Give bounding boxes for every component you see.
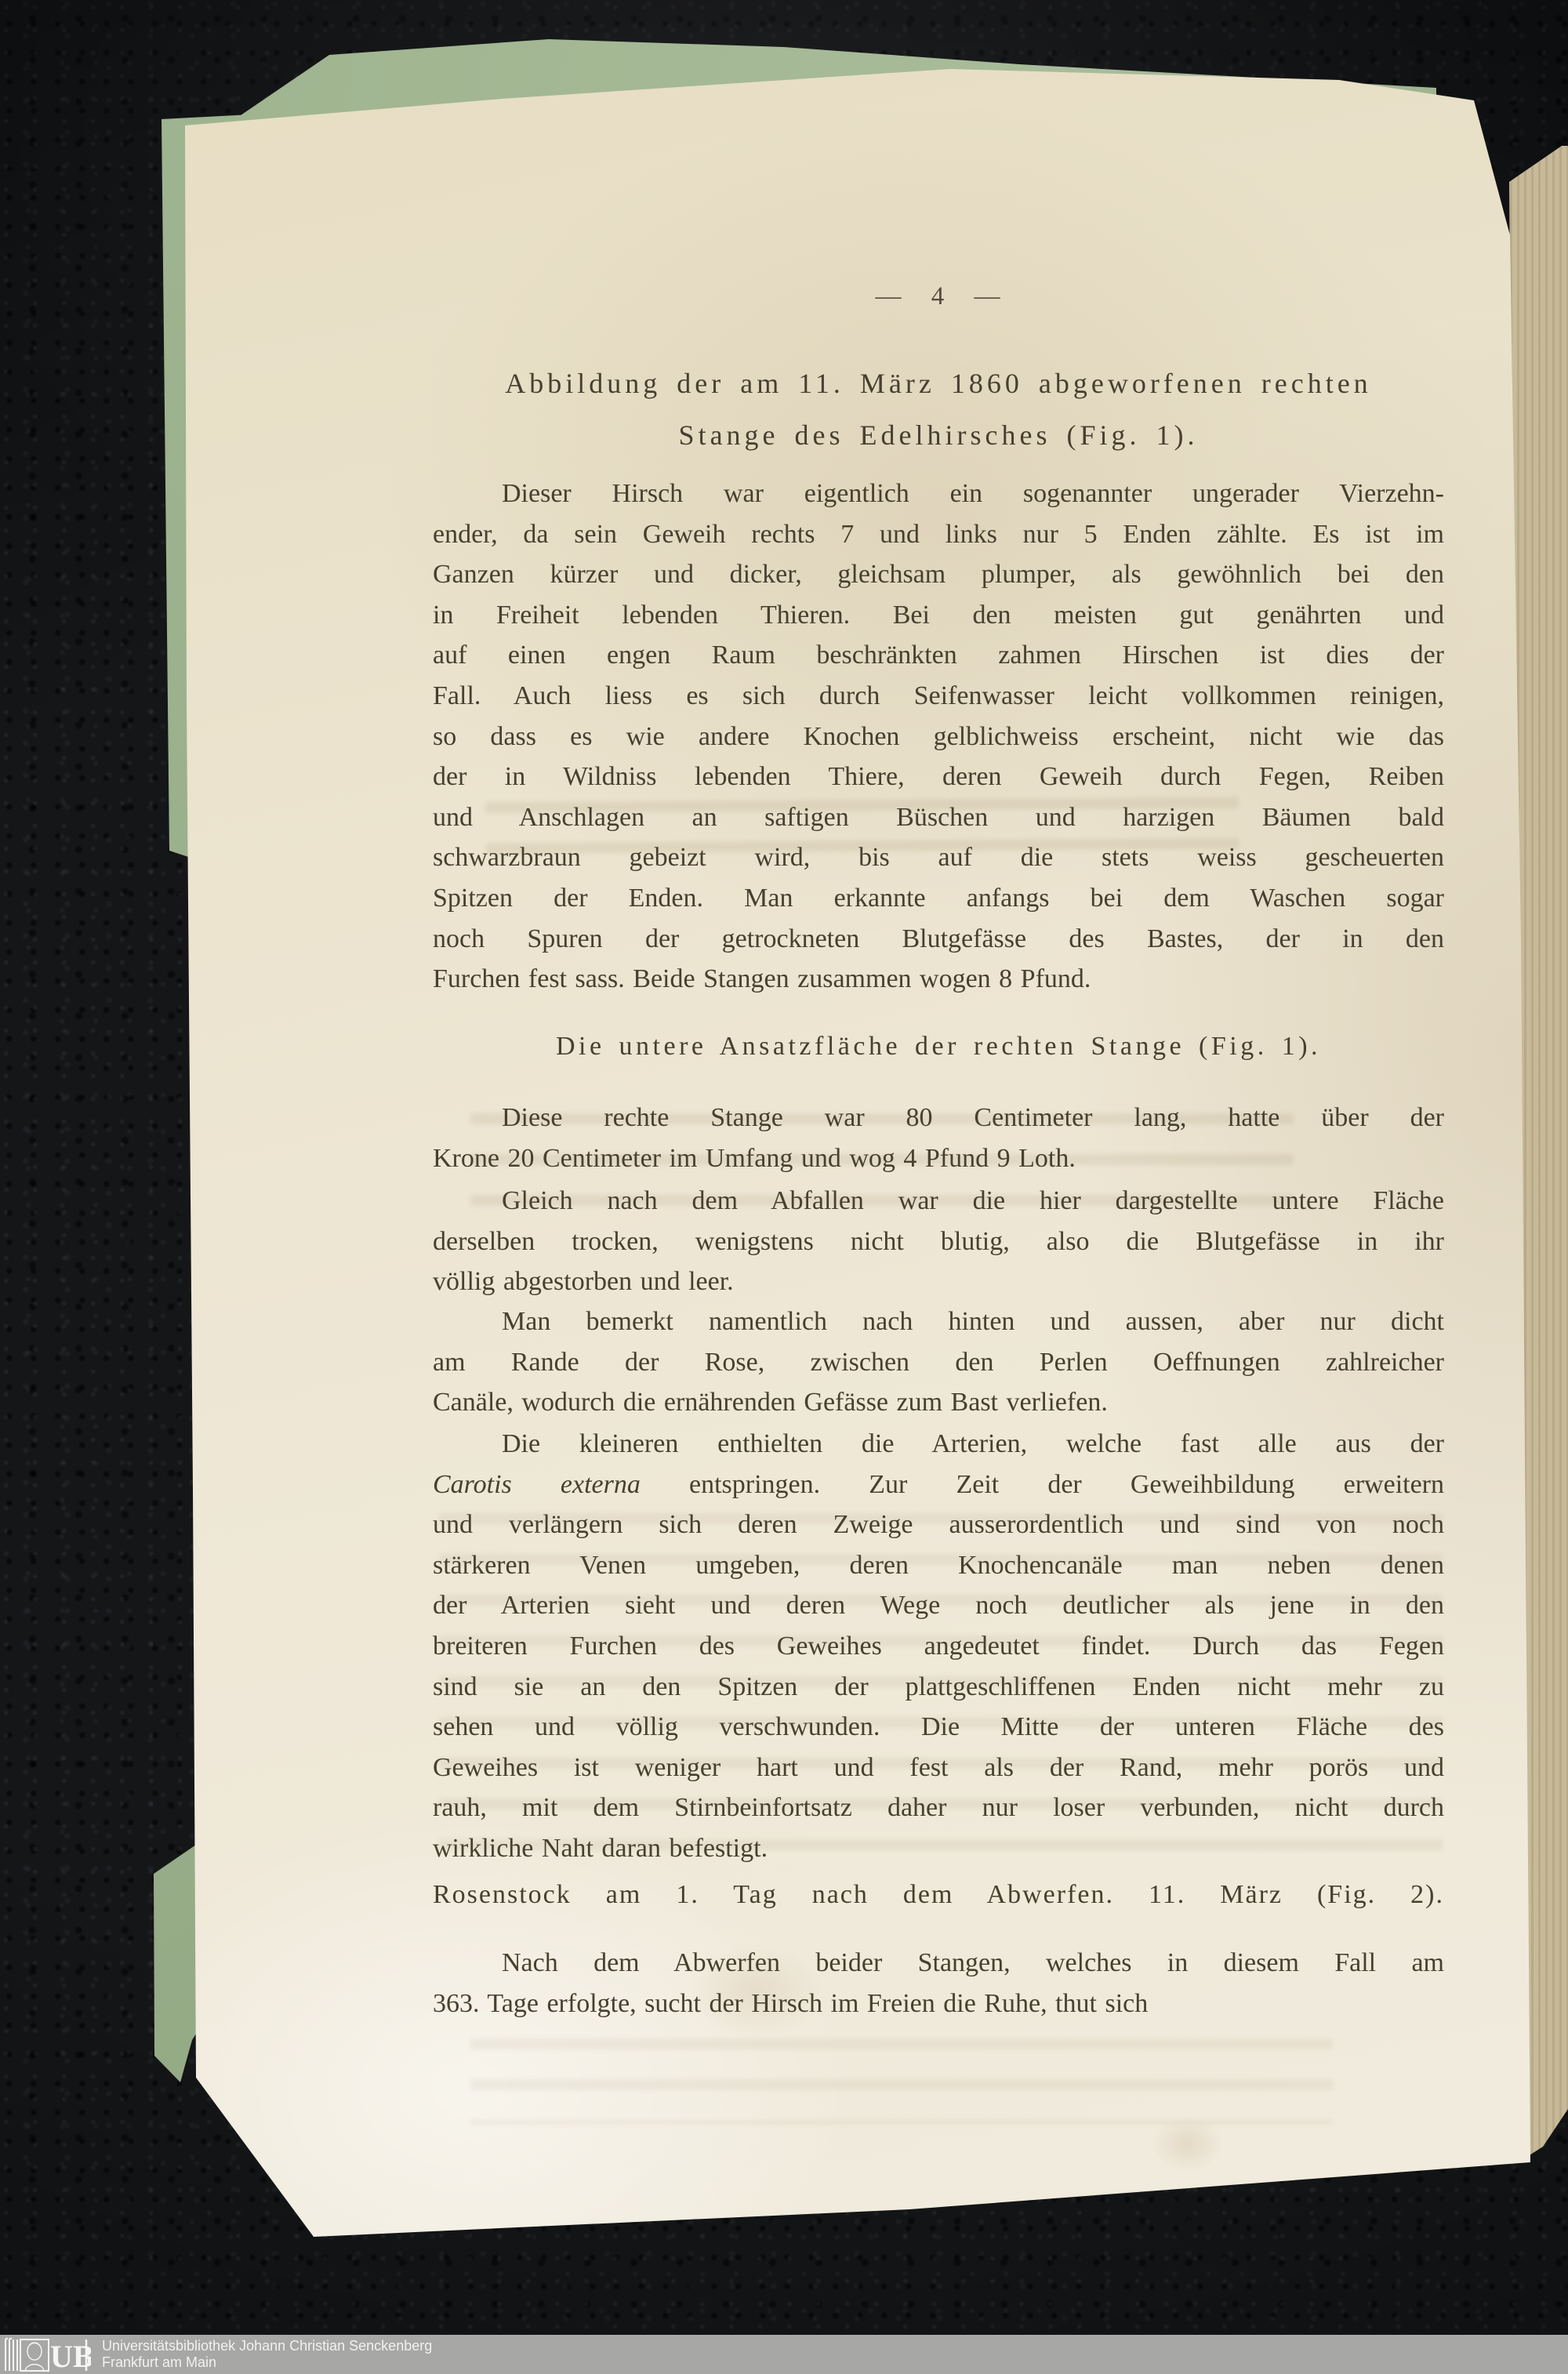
library-logo-abbr: UB: [50, 2339, 91, 2372]
text-line: 363. Tage erfolgte, sucht der Hirsch im …: [433, 1984, 1444, 2024]
library-logo-icon: UB: [3, 2336, 91, 2372]
text-line: Ganzen kürzer und dicker, gleichsam plum…: [433, 554, 1444, 595]
library-footer-bar: UB Universitätsbibliothek Johann Christi…: [0, 2335, 1568, 2374]
text-line: in Freiheit lebenden Thieren. Bei den me…: [433, 595, 1444, 636]
paragraph-1: Dieser Hirsch war eigentlich ein sogenan…: [433, 474, 1444, 1000]
text-line: derselben trocken, wenigstens nicht blut…: [433, 1221, 1444, 1262]
text-line: Geweihes ist weniger hart und fest als d…: [433, 1748, 1444, 1788]
heading-line: Abbildung der am 11. März 1860 abgeworfe…: [433, 358, 1444, 409]
book-scan-photo: { "scan": { "page_number": "4", "page_nu…: [0, 0, 1568, 2374]
text-line: völlig abgestorben und leer.: [433, 1261, 1444, 1302]
text-line: sehen und völlig verschwunden. Die Mitte…: [433, 1707, 1444, 1748]
paragraph-2: Diese rechte Stange war 80 Centimeter la…: [433, 1098, 1444, 1178]
text-line: Carotis externa entspringen. Zur Zeit de…: [433, 1465, 1444, 1505]
library-location: Frankfurt am Main: [102, 2354, 432, 2371]
text-line: Spitzen der Enden. Man erkannte anfangs …: [433, 878, 1444, 919]
text-line: so dass es wie andere Knochen gelblichwe…: [433, 717, 1444, 757]
text-line: und Anschlagen an saftigen Büschen und h…: [433, 797, 1444, 838]
text-line: der in Wildniss lebenden Thiere, deren G…: [433, 757, 1444, 797]
section-heading-ansatzflaeche: Die untere Ansatzfläche der rechten Stan…: [433, 1032, 1444, 1062]
text-line: der Arterien sieht und deren Wege noch d…: [433, 1585, 1444, 1626]
text-line: Fall. Auch liess es sich durch Seifenwas…: [433, 676, 1444, 717]
text-line: sind sie an den Spitzen der plattgeschli…: [433, 1667, 1444, 1708]
text-line: Man bemerkt namentlich nach hinten und a…: [433, 1301, 1444, 1342]
text-line: Gleich nach dem Abfallen war die hier da…: [433, 1181, 1444, 1221]
page-number: — 4 —: [433, 282, 1444, 311]
section-heading-rosenstock: Rosenstock am 1. Tag nach dem Abwerfen. …: [433, 1880, 1444, 1910]
verso-showthrough: [470, 2038, 1333, 2125]
text-line: Diese rechte Stange war 80 Centimeter la…: [433, 1098, 1444, 1138]
text-line: Die kleineren enthielten die Arterien, w…: [433, 1424, 1444, 1465]
text-line: rauh, mit dem Stirnbeinfortsatz daher nu…: [433, 1788, 1444, 1828]
text-line: schwarzbraun gebeizt wird, bis auf die s…: [433, 837, 1444, 878]
text-line: Canäle, wodurch die ernährenden Gefässe …: [433, 1382, 1444, 1423]
heading-line: Stange des Edelhirsches (Fig. 1).: [433, 409, 1444, 461]
text-line: Krone 20 Centimeter im Umfang und wog 4 …: [433, 1138, 1444, 1179]
text-line: auf einen engen Raum beschränkten zahmen…: [433, 635, 1444, 676]
text-line: Furchen fest sass. Beide Stangen zusamme…: [433, 959, 1444, 1000]
text-line: breiteren Furchen des Geweihes angedeute…: [433, 1626, 1444, 1667]
library-footer-text: Universitätsbibliothek Johann Christian …: [102, 2338, 432, 2371]
section-heading-abbildung: Abbildung der am 11. März 1860 abgeworfe…: [433, 358, 1444, 461]
text-line: Nach dem Abwerfen beider Stangen, welche…: [433, 1943, 1444, 1984]
text-line: am Rande der Rose, zwischen den Perlen O…: [433, 1342, 1444, 1383]
paragraph-6: Nach dem Abwerfen beider Stangen, welche…: [433, 1943, 1444, 2024]
paragraph-5: Die kleineren enthielten die Arterien, w…: [433, 1424, 1444, 1869]
text-line: Dieser Hirsch war eigentlich ein sogenan…: [433, 474, 1444, 514]
text-line: noch Spuren der getrockneten Blutgefässe…: [433, 919, 1444, 960]
text-line: stärkeren Venen umgeben, deren Knochenca…: [433, 1545, 1444, 1586]
text-line: ender, da sein Geweih rechts 7 und links…: [433, 514, 1444, 555]
text-line: und verlängern sich deren Zweige aussero…: [433, 1505, 1444, 1545]
library-name: Universitätsbibliothek Johann Christian …: [102, 2338, 432, 2354]
paragraph-3: Gleich nach dem Abfallen war die hier da…: [433, 1181, 1444, 1302]
text-line: wirkliche Naht daran befestigt.: [433, 1828, 1444, 1869]
paper-stain: [1152, 2117, 1223, 2172]
paragraph-4: Man bemerkt namentlich nach hinten und a…: [433, 1301, 1444, 1423]
scanned-page: — 4 — Abbildung der am 11. März 1860 abg…: [0, 0, 1568, 2374]
